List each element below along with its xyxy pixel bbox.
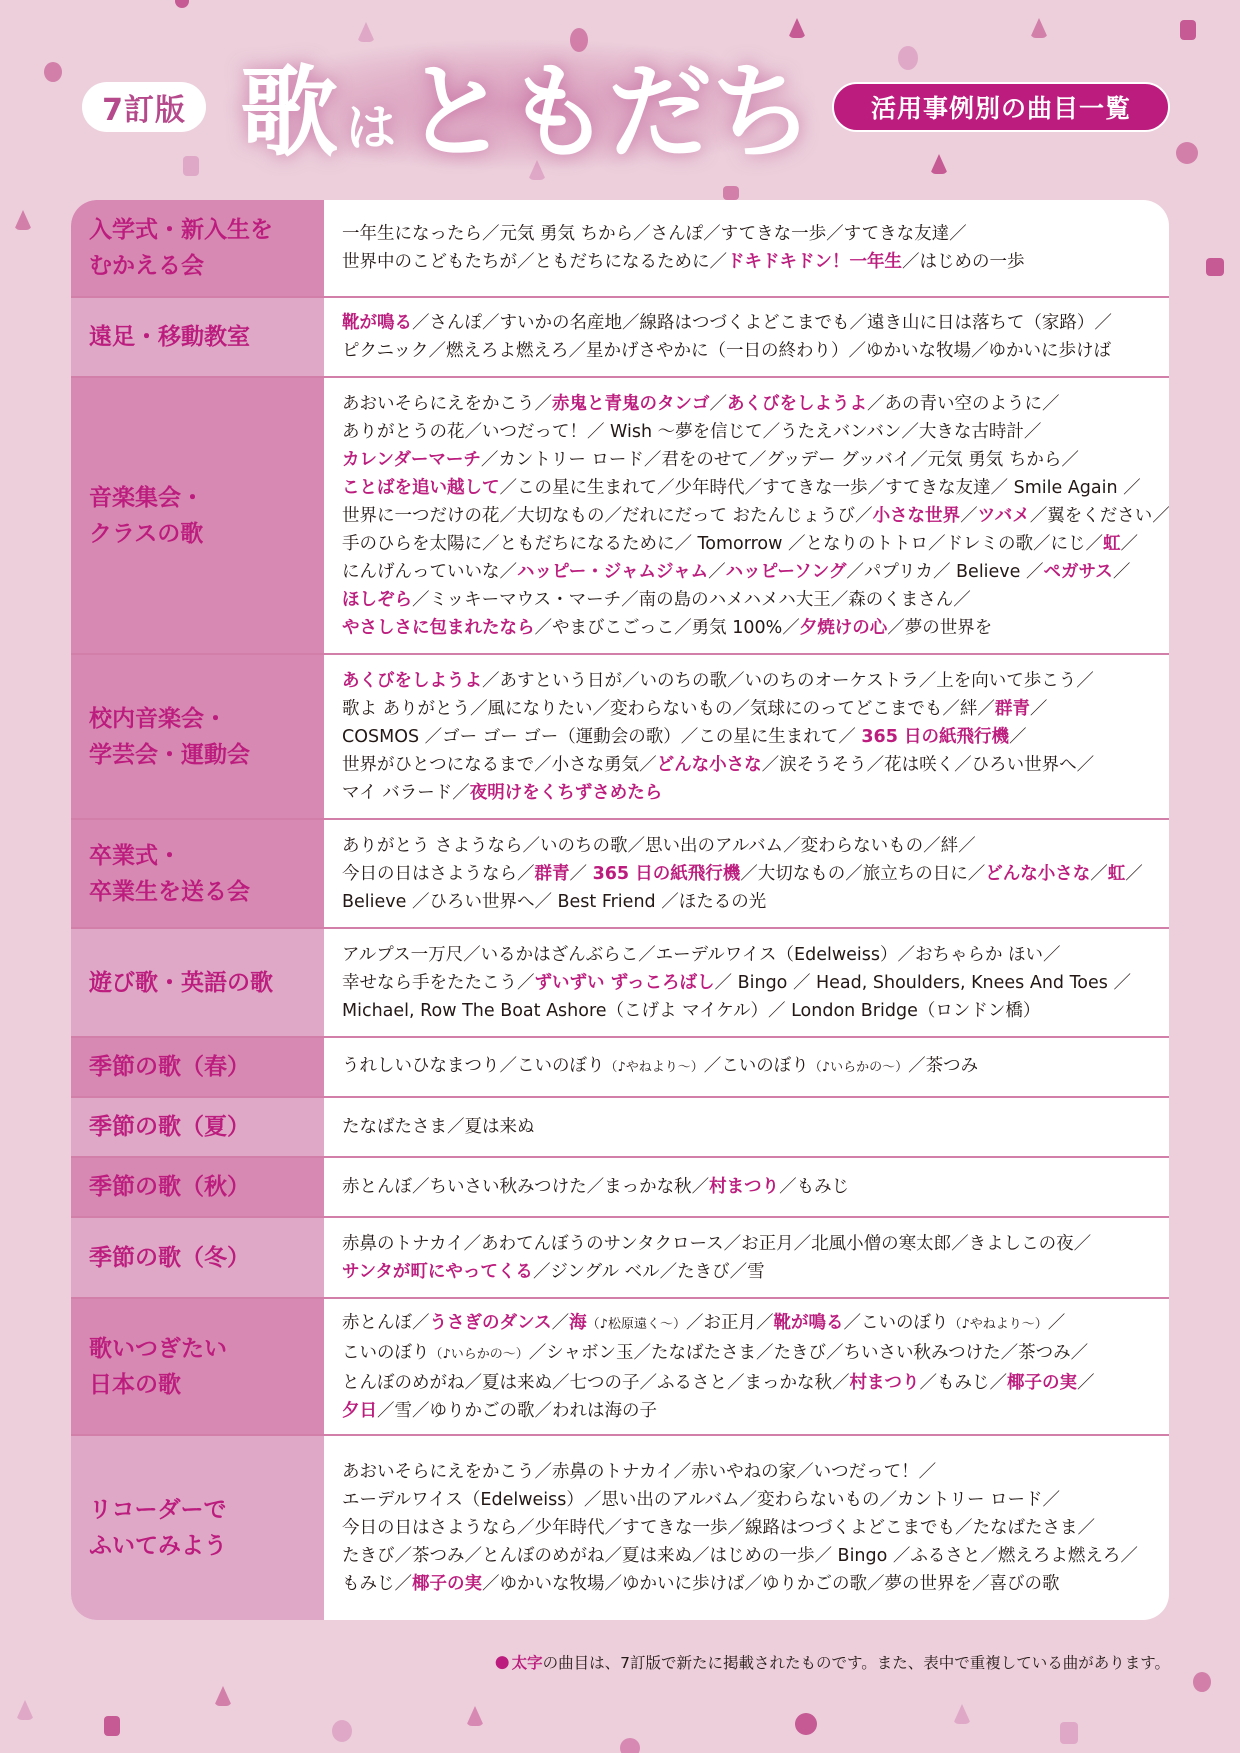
- song-text: ／雪／ゆりかごの歌／われは海の子: [377, 1401, 657, 1421]
- new-song-title: どんな小さな: [657, 755, 762, 775]
- song-text: ／もみじ: [779, 1177, 849, 1197]
- title-rest: ともだち: [404, 56, 812, 168]
- title-main-char: 歌: [240, 58, 338, 168]
- song-text: 今日の日はさようなら／: [342, 864, 535, 884]
- song-line: マイ バラード／夜明けをくちずさめたら: [342, 779, 1147, 807]
- song-list: あおいそらにえをかこう／赤鼻のトナカイ／赤いやねの家／いつだって！／エーデルワイ…: [324, 1436, 1169, 1620]
- song-list: あおいそらにえをかこう／赤鬼と青鬼のタンゴ／あくびをしようよ／あの青い空のように…: [324, 378, 1169, 653]
- song-text: ／ミッキーマウス・マーチ／南の島のハメハメハ大王／森のくまさん／: [412, 590, 971, 610]
- song-line: ピクニック／燃えろよ燃えろ／星かげさやかに（一日の終わり）／ゆかいな牧場／ゆかい…: [342, 337, 1147, 365]
- song-line: ありがとう さようなら／いのちの歌／思い出のアルバム／変わらないもの／絆／: [342, 832, 1147, 860]
- song-line: COSMOS ／ゴー ゴー ゴー（運動会の歌）／この星に生まれて／ 365 日の…: [342, 723, 1147, 751]
- song-subnote: （♪やねより～）: [605, 1060, 704, 1075]
- page-header: 7訂版 歌 は ともだち 活用事例別の曲目一覧: [0, 0, 1240, 200]
- song-line: 夕日／雪／ゆりかごの歌／われは海の子: [342, 1397, 1147, 1425]
- song-line: 靴が鳴る／さんぽ／すいかの名産地／線路はつづくよどこまでも／遠き山に日は落ちて（…: [342, 309, 1147, 337]
- new-song-title: 虹: [1103, 534, 1121, 554]
- song-text: ／大切なもの／旅立ちの日に／: [740, 864, 985, 884]
- song-subnote: （♪いらかの～）: [430, 1347, 529, 1362]
- song-list: あくびをしようよ／あすという日が／いのちの歌／いのちのオーケストラ／上を向いて歩…: [324, 655, 1169, 818]
- song-list: 赤鼻のトナカイ／あわてんぼうのサンタクロース／お正月／北風小僧の寒太郎／きよしこ…: [324, 1218, 1169, 1297]
- song-line: やさしさに包まれたなら／やまびこごっこ／勇気 100%／夕焼けの心／夢の世界を: [342, 614, 1169, 642]
- song-line: こいのぼり（♪いらかの～）／シャボン玉／たなばたさま／たきび／ちいさい秋みつけた…: [342, 1339, 1147, 1369]
- song-text: ／こいのぼり: [704, 1056, 809, 1076]
- song-line: 世界がひとつになるまで／小さな勇気／どんな小さな／涙そうそう／花は咲く／ひろい世…: [342, 751, 1147, 779]
- confetti-triangle: [16, 1700, 34, 1720]
- song-text: ／さんぽ／すいかの名産地／線路はつづくよどこまでも／遠き山に日は落ちて（家路）／: [412, 313, 1112, 333]
- new-song-title: サンタが町にやってくる: [342, 1262, 533, 1282]
- song-line: ほしぞら／ミッキーマウス・マーチ／南の島のハメハメハ大王／森のくまさん／: [342, 586, 1169, 614]
- song-list: 赤とんぼ／ちいさい秋みつけた／まっかな秋／村まつり／もみじ: [324, 1158, 1169, 1216]
- song-text: ありがとうの花／いつだって！／ Wish ～夢を信じて／うたえバンバン／大きな古…: [342, 422, 1041, 442]
- song-subnote: （♪松原遠く～）: [587, 1317, 686, 1332]
- song-text: ／: [710, 394, 728, 414]
- song-line: カレンダーマーチ／カントリー ロード／君をのせて／グッデー グッバイ／元気 勇気…: [342, 446, 1169, 474]
- song-text: ／シャボン玉／たなばたさま／たきび／ちいさい秋みつけた／茶つみ／: [529, 1343, 1088, 1363]
- song-line: 世界中のこどもたちが／ともだちになるために／ドキドキドン！一年生／はじめの一歩: [342, 248, 1147, 276]
- song-text: ／: [570, 864, 593, 884]
- song-text: ／涙そうそう／花は咲く／ひろい世界へ／: [762, 755, 1095, 775]
- new-song-title: 靴が鳴る: [773, 1313, 843, 1333]
- song-text: ／やまびこごっこ／勇気 100%／: [535, 618, 800, 638]
- song-text: こいのぼり: [342, 1343, 430, 1363]
- song-text: ／パプリカ／ Believe ／: [846, 562, 1043, 582]
- song-text: 世界に一つだけの花／大切なもの／だれにだって おたんじょうび／: [342, 506, 873, 526]
- song-text: 一年生になったら／元気 勇気 ちから／さんぽ／すてきな一歩／すてきな友達／: [342, 224, 967, 244]
- song-line: ことばを追い越して／この星に生まれて／少年時代／すてきな一歩／すてきな友達／ S…: [342, 474, 1169, 502]
- table-row: 校内音楽会・ 学芸会・運動会あくびをしようよ／あすという日が／いのちの歌／いのち…: [71, 655, 1169, 820]
- new-song-title: あくびをしようよ: [342, 671, 482, 691]
- song-text: あおいそらにえをかこう／赤鼻のトナカイ／赤いやねの家／いつだって！／: [342, 1462, 936, 1482]
- song-text: アルプス一万尺／いるかはざんぶらこ／エーデルワイス（Edelweiss）／おちゃ…: [342, 945, 1061, 965]
- confetti-square: [104, 1716, 120, 1736]
- song-text: ／もみじ／: [920, 1373, 1008, 1393]
- song-line: にんげんっていいな／ハッピー・ジャムジャム／ハッピーソング／パプリカ／ Beli…: [342, 558, 1169, 586]
- new-song-title: ずいずい ずっころばし: [535, 973, 715, 993]
- song-text: Michael, Row The Boat Ashore（こげよ マイケル）／ …: [342, 1001, 1040, 1021]
- song-line: 赤とんぼ／ちいさい秋みつけた／まっかな秋／村まつり／もみじ: [342, 1173, 1147, 1201]
- new-song-title: 海: [569, 1313, 587, 1333]
- subtitle-badge: 活用事例別の曲目一覧: [832, 82, 1170, 132]
- song-text: ／: [552, 1313, 570, 1333]
- category-label: 遊び歌・英語の歌: [71, 929, 324, 1036]
- new-song-title: 夜明けをくちずさめたら: [470, 783, 663, 803]
- song-line: 今日の日はさようなら／少年時代／すてきな一歩／線路はつづくよどこまでも／たなばた…: [342, 1514, 1147, 1542]
- song-text: 赤とんぼ／ちいさい秋みつけた／まっかな秋／: [342, 1177, 709, 1197]
- table-row: 遊び歌・英語の歌アルプス一万尺／いるかはざんぶらこ／エーデルワイス（Edelwe…: [71, 929, 1169, 1038]
- song-text: ／ゆかいな牧場／ゆかいに歩けば／ゆりかごの歌／夢の世界を／喜びの歌: [482, 1574, 1060, 1594]
- new-song-title: うさぎのダンス: [430, 1313, 552, 1333]
- song-line: ありがとうの花／いつだって！／ Wish ～夢を信じて／うたえバンバン／大きな古…: [342, 418, 1169, 446]
- new-song-title: 靴が鳴る: [342, 313, 412, 333]
- table-row: 歌いつぎたい 日本の歌赤とんぼ／うさぎのダンス／海（♪松原遠く～）／お正月／靴が…: [71, 1299, 1169, 1436]
- category-label: 遠足・移動教室: [71, 298, 324, 376]
- table-row: 遠足・移動教室靴が鳴る／さんぽ／すいかの名産地／線路はつづくよどこまでも／遠き山…: [71, 298, 1169, 378]
- category-label: 季節の歌（夏）: [71, 1098, 324, 1156]
- song-text: 今日の日はさようなら／少年時代／すてきな一歩／線路はつづくよどこまでも／たなばた…: [342, 1518, 1095, 1538]
- confetti-triangle: [953, 1704, 971, 1724]
- song-text: たなばたさま／夏は来ぬ: [342, 1117, 535, 1137]
- new-song-title: 365 日の紙飛行機: [593, 864, 741, 884]
- song-text: にんげんっていいな／: [342, 562, 517, 582]
- song-list: うれしいひなまつり／こいのぼり（♪やねより～）／こいのぼり（♪いらかの～）／茶つ…: [324, 1038, 1169, 1096]
- song-text: 赤とんぼ／: [342, 1313, 430, 1333]
- category-label: 校内音楽会・ 学芸会・運動会: [71, 655, 324, 818]
- song-list: 赤とんぼ／うさぎのダンス／海（♪松原遠く～）／お正月／靴が鳴る／こいのぼり（♪や…: [324, 1299, 1169, 1434]
- confetti-dot: [620, 1738, 640, 1753]
- edition-badge: 7訂版: [82, 82, 206, 132]
- confetti-triangle: [14, 210, 32, 230]
- new-song-title: どんな小さな: [985, 864, 1090, 884]
- category-label: リコーダーで ふいてみよう: [71, 1436, 324, 1620]
- song-text: とんぼのめがね／夏は来ぬ／七つの子／ふるさと／まっかな秋／: [342, 1373, 850, 1393]
- table-row: 季節の歌（春）うれしいひなまつり／こいのぼり（♪やねより～）／こいのぼり（♪いら…: [71, 1038, 1169, 1098]
- song-text: ／茶つみ: [908, 1056, 978, 1076]
- song-text: うれしいひなまつり／こいのぼり: [342, 1056, 605, 1076]
- page-title: 歌 は ともだち: [240, 48, 812, 168]
- table-row: 卒業式・ 卒業生を送る会ありがとう さようなら／いのちの歌／思い出のアルバム／変…: [71, 820, 1169, 929]
- new-song-title: 夕焼けの心: [800, 618, 888, 638]
- new-song-title: あくびをしようよ: [727, 394, 867, 414]
- song-line: 一年生になったら／元気 勇気 ちから／さんぽ／すてきな一歩／すてきな友達／: [342, 220, 1147, 248]
- song-line: サンタが町にやってくる／ジングル ベル／たきび／雪: [342, 1258, 1147, 1286]
- song-text: COSMOS ／ゴー ゴー ゴー（運動会の歌）／この星に生まれて／: [342, 727, 861, 747]
- song-text: 歌よ ありがとう／風になりたい／変わらないもの／気球にのってどこまでも／絆／: [342, 699, 995, 719]
- new-song-title: ことばを追い越して: [342, 478, 500, 498]
- song-text: ／: [1113, 562, 1131, 582]
- song-text: ／: [960, 506, 978, 526]
- new-song-title: ツバメ: [978, 506, 1030, 526]
- song-text: マイ バラード／: [342, 783, 470, 803]
- new-song-title: 赤鬼と青鬼のタンゴ: [552, 394, 710, 414]
- song-line: 手のひらを太陽に／ともだちになるために／ Tomorrow ／となりのトトロ／ド…: [342, 530, 1169, 558]
- table-row: 季節の歌（冬）赤鼻のトナカイ／あわてんぼうのサンタクロース／お正月／北風小僧の寒…: [71, 1218, 1169, 1299]
- new-song-title: 365 日の紙飛行機: [861, 727, 1009, 747]
- song-list: 靴が鳴る／さんぽ／すいかの名産地／線路はつづくよどこまでも／遠き山に日は落ちて（…: [324, 298, 1169, 376]
- category-label: 季節の歌（秋）: [71, 1158, 324, 1216]
- new-song-title: カレンダーマーチ: [342, 450, 481, 470]
- confetti-dot: [795, 1713, 817, 1735]
- new-song-title: 椰子の実: [412, 1574, 482, 1594]
- song-subnote: （♪やねより～）: [948, 1317, 1047, 1332]
- category-label: 音楽集会・ クラスの歌: [71, 378, 324, 653]
- table-row: 音楽集会・ クラスの歌あおいそらにえをかこう／赤鬼と青鬼のタンゴ／あくびをしよう…: [71, 378, 1169, 655]
- song-list: 一年生になったら／元気 勇気 ちから／さんぽ／すてきな一歩／すてきな友達／世界中…: [324, 200, 1169, 296]
- song-text: 幸せなら手をたたこう／: [342, 973, 535, 993]
- new-song-title: 村まつり: [709, 1177, 779, 1197]
- song-line: あおいそらにえをかこう／赤鼻のトナカイ／赤いやねの家／いつだって！／: [342, 1458, 1147, 1486]
- category-label: 入学式・新入生を むかえる会: [71, 200, 324, 296]
- song-line: 今日の日はさようなら／群青／ 365 日の紙飛行機／大切なもの／旅立ちの日に／ど…: [342, 860, 1147, 888]
- new-song-title: ほしぞら: [342, 590, 412, 610]
- song-text: ／あの青い空のように／: [867, 394, 1060, 414]
- song-text: ／: [1009, 727, 1027, 747]
- song-text: ／ Bingo ／ Head, Shoulders, Knees And Toe…: [715, 973, 1131, 993]
- song-text: ／: [1090, 864, 1108, 884]
- song-text: ／この星に生まれて／少年時代／すてきな一歩／すてきな友達／ Smile Agai…: [500, 478, 1141, 498]
- song-text: ／あすという日が／いのちの歌／いのちのオーケストラ／上を向いて歩こう／: [482, 671, 1094, 691]
- song-text: ／: [708, 562, 726, 582]
- song-text: たきび／茶つみ／とんぼのめがね／夏は来ぬ／はじめの一歩／ Bingo ／ふるさと…: [342, 1546, 1138, 1566]
- song-text: ／: [1077, 1373, 1095, 1393]
- new-song-title: 群青: [995, 699, 1030, 719]
- song-line: Believe ／ひろい世界へ／ Best Friend ／ほたるの光: [342, 888, 1147, 916]
- bullet-icon: ●: [495, 1652, 510, 1672]
- song-list: ありがとう さようなら／いのちの歌／思い出のアルバム／変わらないもの／絆／今日の…: [324, 820, 1169, 927]
- song-text: ピクニック／燃えろよ燃えろ／星かげさやかに（一日の終わり）／ゆかいな牧場／ゆかい…: [342, 341, 1111, 361]
- song-text: ／ジングル ベル／たきび／雪: [533, 1262, 765, 1282]
- confetti-square: [1060, 1722, 1078, 1744]
- new-song-title: ペガサス: [1044, 562, 1113, 582]
- song-text: ／: [1125, 864, 1143, 884]
- confetti-square: [1206, 258, 1224, 276]
- song-list: たなばたさま／夏は来ぬ: [324, 1098, 1169, 1156]
- confetti-triangle: [466, 1706, 484, 1726]
- song-line: Michael, Row The Boat Ashore（こげよ マイケル）／ …: [342, 997, 1147, 1025]
- new-song-title: 小さな世界: [873, 506, 961, 526]
- confetti-triangle: [214, 1686, 232, 1706]
- song-line: もみじ／椰子の実／ゆかいな牧場／ゆかいに歩けば／ゆりかごの歌／夢の世界を／喜びの…: [342, 1570, 1147, 1598]
- footnote-text: の曲目は、7訂版で新たに掲載されたものです。また、表中で重複している曲があります…: [543, 1651, 1170, 1673]
- table-row: リコーダーで ふいてみようあおいそらにえをかこう／赤鼻のトナカイ／赤いやねの家／…: [71, 1436, 1169, 1620]
- song-text: 赤鼻のトナカイ／あわてんぼうのサンタクロース／お正月／北風小僧の寒太郎／きよしこ…: [342, 1234, 1091, 1254]
- song-line: 赤とんぼ／うさぎのダンス／海（♪松原遠く～）／お正月／靴が鳴る／こいのぼり（♪や…: [342, 1309, 1147, 1339]
- song-text: 手のひらを太陽に／ともだちになるために／ Tomorrow ／となりのトトロ／ド…: [342, 534, 1103, 554]
- song-text: ありがとう さようなら／いのちの歌／思い出のアルバム／変わらないもの／絆／: [342, 836, 976, 856]
- song-text: ／はじめの一歩: [902, 252, 1025, 272]
- song-text: Believe ／ひろい世界へ／ Best Friend ／ほたるの光: [342, 892, 766, 912]
- table-row: 季節の歌（秋）赤とんぼ／ちいさい秋みつけた／まっかな秋／村まつり／もみじ: [71, 1158, 1169, 1218]
- song-text: あおいそらにえをかこう／: [342, 394, 552, 414]
- new-song-title: ハッピーソング: [726, 562, 847, 582]
- table-row: 入学式・新入生を むかえる会一年生になったら／元気 勇気 ちから／さんぽ／すてき…: [71, 200, 1169, 298]
- song-text: ／: [1048, 1313, 1066, 1333]
- song-line: アルプス一万尺／いるかはざんぶらこ／エーデルワイス（Edelweiss）／おちゃ…: [342, 941, 1147, 969]
- song-line: エーデルワイス（Edelweiss）／思い出のアルバム／変わらないもの／カントリ…: [342, 1486, 1147, 1514]
- confetti-dot: [332, 1720, 352, 1742]
- song-line: 世界に一つだけの花／大切なもの／だれにだって おたんじょうび／小さな世界／ツバメ…: [342, 502, 1169, 530]
- new-song-title: やさしさに包まれたなら: [342, 618, 535, 638]
- song-text: ／: [1030, 699, 1048, 719]
- song-list: アルプス一万尺／いるかはざんぶらこ／エーデルワイス（Edelweiss）／おちゃ…: [324, 929, 1169, 1036]
- category-label: 季節の歌（春）: [71, 1038, 324, 1096]
- footnote: ● 太字 の曲目は、7訂版で新たに掲載されたものです。また、表中で重複している曲…: [495, 1651, 1170, 1673]
- song-text: エーデルワイス（Edelweiss）／思い出のアルバム／変わらないもの／カントリ…: [342, 1490, 1060, 1510]
- song-text: ／こいのぼり: [843, 1313, 948, 1333]
- song-line: 歌よ ありがとう／風になりたい／変わらないもの／気球にのってどこまでも／絆／群青…: [342, 695, 1147, 723]
- song-text: ／カントリー ロード／君をのせて／グッデー グッバイ／元気 勇気 ちから／: [481, 450, 1079, 470]
- song-line: 幸せなら手をたたこう／ずいずい ずっころばし／ Bingo ／ Head, Sh…: [342, 969, 1147, 997]
- new-song-title: ドキドキドン！一年生: [727, 252, 902, 272]
- song-line: たなばたさま／夏は来ぬ: [342, 1113, 1147, 1141]
- category-label: 季節の歌（冬）: [71, 1218, 324, 1297]
- category-label: 歌いつぎたい 日本の歌: [71, 1299, 324, 1434]
- new-song-title: 村まつり: [850, 1373, 920, 1393]
- song-line: 赤鼻のトナカイ／あわてんぼうのサンタクロース／お正月／北風小僧の寒太郎／きよしこ…: [342, 1230, 1147, 1258]
- song-line: たきび／茶つみ／とんぼのめがね／夏は来ぬ／はじめの一歩／ Bingo ／ふるさと…: [342, 1542, 1147, 1570]
- song-text: ／翼をください／: [1030, 506, 1169, 526]
- new-song-title: ハッピー・ジャムジャム: [517, 562, 708, 582]
- song-table: 入学式・新入生を むかえる会一年生になったら／元気 勇気 ちから／さんぽ／すてき…: [71, 200, 1169, 1620]
- song-subnote: （♪いらかの～）: [809, 1060, 908, 1075]
- new-song-title: 椰子の実: [1007, 1373, 1077, 1393]
- song-line: とんぼのめがね／夏は来ぬ／七つの子／ふるさと／まっかな秋／村まつり／もみじ／椰子…: [342, 1369, 1147, 1397]
- song-text: ／夢の世界を: [887, 618, 992, 638]
- song-line: あおいそらにえをかこう／赤鬼と青鬼のタンゴ／あくびをしようよ／あの青い空のように…: [342, 390, 1169, 418]
- new-song-title: 虹: [1108, 864, 1126, 884]
- song-text: ／お正月／: [686, 1313, 774, 1333]
- footnote-bold-label: 太字: [512, 1651, 543, 1673]
- song-text: 世界がひとつになるまで／小さな勇気／: [342, 755, 657, 775]
- song-text: 世界中のこどもたちが／ともだちになるために／: [342, 252, 727, 272]
- new-song-title: 群青: [535, 864, 570, 884]
- song-line: うれしいひなまつり／こいのぼり（♪やねより～）／こいのぼり（♪いらかの～）／茶つ…: [342, 1052, 1147, 1082]
- song-text: ／: [1121, 534, 1139, 554]
- song-line: あくびをしようよ／あすという日が／いのちの歌／いのちのオーケストラ／上を向いて歩…: [342, 667, 1147, 695]
- table-row: 季節の歌（夏）たなばたさま／夏は来ぬ: [71, 1098, 1169, 1158]
- song-text: もみじ／: [342, 1574, 412, 1594]
- title-particle: は: [346, 88, 396, 168]
- new-song-title: 夕日: [342, 1401, 377, 1421]
- confetti-dot: [1193, 1672, 1211, 1692]
- category-label: 卒業式・ 卒業生を送る会: [71, 820, 324, 927]
